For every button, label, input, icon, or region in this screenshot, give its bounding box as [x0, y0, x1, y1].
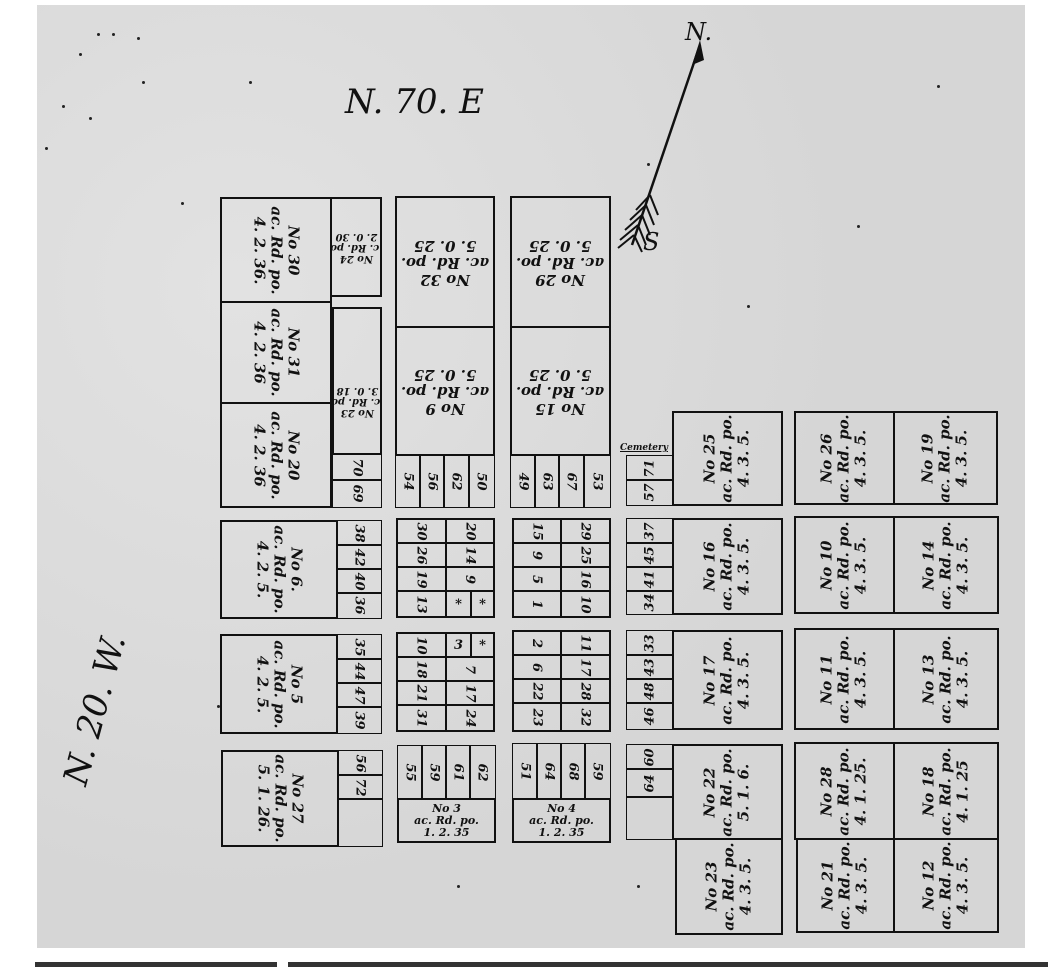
lot-13[interactable]: No 13ac. Rd. po.4. 3. 5. — [893, 628, 999, 730]
lot-20-small[interactable]: 20 — [445, 518, 495, 544]
bottom-bar-right — [288, 962, 1048, 967]
lot-64b[interactable]: 64 — [626, 768, 674, 798]
lot-16-small[interactable]: 16 — [560, 566, 611, 592]
lot-22[interactable]: No 22ac. Rd. po.5. 1. 6. — [672, 744, 783, 840]
lot-17-r3[interactable]: 17 — [445, 680, 495, 706]
lot-60[interactable]: 60 — [626, 744, 674, 770]
speck — [45, 147, 48, 150]
lot-57[interactable]: 57 — [626, 479, 674, 506]
lot-9b-small[interactable]: 9 — [512, 542, 562, 568]
lot-41[interactable]: 41 — [626, 566, 674, 592]
speck — [89, 117, 92, 120]
lot-10[interactable]: No 10ac. Rd. po.4. 3. 5. — [794, 516, 895, 614]
lot-38[interactable]: 38 — [336, 520, 382, 546]
lot-29[interactable]: No 29ac. Rd. po.5. 0. 25 — [510, 196, 611, 328]
lot-15-small[interactable]: 15 — [512, 518, 562, 544]
lot-46[interactable]: 46 — [626, 702, 674, 730]
lot-star-a[interactable]: * — [445, 590, 472, 618]
lot-35[interactable]: 35 — [336, 634, 382, 660]
lot-14-small[interactable]: 14 — [445, 542, 495, 568]
lot-empty-r4[interactable] — [337, 798, 383, 847]
lot-61[interactable]: 61 — [445, 745, 471, 800]
lot-3[interactable]: No 3ac. Rd. po.1. 2. 35 — [397, 798, 496, 843]
lot-30[interactable]: No 30ac. Rd. po.4. 2. 36. — [220, 197, 332, 303]
lot-53[interactable]: 53 — [583, 454, 611, 508]
lot-47[interactable]: 47 — [336, 682, 382, 708]
lot-55[interactable]: 55 — [397, 745, 423, 800]
lot-29-small[interactable]: 29 — [560, 518, 611, 544]
lot-26-small[interactable]: 26 — [396, 542, 447, 568]
lot-9[interactable]: No 9ac. Rd. po.5. 0. 25 — [395, 326, 495, 456]
lot-1-small[interactable]: 1 — [512, 590, 562, 618]
lot-23-r3[interactable]: 23 — [512, 702, 562, 732]
lot-59b[interactable]: 59 — [584, 743, 611, 800]
lot-31-r3[interactable]: 31 — [396, 704, 447, 732]
lot-17b-r3[interactable]: 17 — [560, 654, 611, 680]
lot-39[interactable]: 39 — [336, 706, 382, 734]
lot-64[interactable]: 64 — [536, 743, 562, 800]
lot-empty-e-r4[interactable] — [626, 796, 674, 840]
lot-43[interactable]: 43 — [626, 654, 674, 680]
lot-2-r3[interactable]: 2 — [512, 630, 562, 656]
lot-71[interactable]: 71 — [626, 455, 674, 481]
lot-10-small[interactable]: 10 — [560, 590, 611, 618]
lot-37[interactable]: 37 — [626, 518, 674, 544]
speck — [249, 81, 252, 84]
lot-3-r3[interactable]: 3 — [445, 632, 472, 658]
lot-24[interactable]: No 24ac. Rd. po.2. 0. 30 — [330, 197, 382, 297]
lot-27[interactable]: No 27ac. Rd. po.5. 1. 26. — [221, 750, 339, 847]
lot-21[interactable]: No 21ac. Rd. po.4. 3. 5. — [796, 838, 895, 933]
lot-30-small[interactable]: 30 — [396, 518, 447, 544]
lot-15[interactable]: No 15ac. Rd. po.5. 0. 25 — [510, 326, 611, 456]
lot-40[interactable]: 40 — [336, 568, 382, 594]
lot-36[interactable]: 36 — [336, 592, 382, 619]
lot-33[interactable]: 33 — [626, 630, 674, 656]
lot-12[interactable]: No 12ac. Rd. po.4. 3. 5. — [893, 838, 999, 933]
lot-22-r3[interactable]: 22 — [512, 678, 562, 704]
lot-28[interactable]: No 28ac. Rd. po.4. 1. 25. — [794, 742, 895, 840]
lot-24-r3[interactable]: 24 — [445, 704, 495, 732]
north-arrow-icon — [600, 20, 740, 270]
lot-32-r3[interactable]: 32 — [560, 702, 611, 732]
lot-10-r3[interactable]: 10 — [396, 632, 447, 658]
speck — [112, 33, 115, 36]
lot-31[interactable]: No 31ac. Rd. po.4. 2. 36 — [220, 301, 332, 404]
lot-18-r3[interactable]: 18 — [396, 656, 447, 682]
lot-14[interactable]: No 14ac. Rd. po.4. 3. 5. — [893, 516, 999, 614]
lot-11[interactable]: No 11ac. Rd. po.4. 3. 5. — [794, 628, 895, 730]
lot-72[interactable]: 72 — [337, 774, 383, 800]
speck — [62, 105, 65, 108]
speck — [79, 53, 82, 56]
lot-5-small[interactable]: 5 — [512, 566, 562, 592]
lot-48[interactable]: 48 — [626, 678, 674, 704]
speck — [181, 202, 184, 205]
lot-56[interactable]: 56 — [419, 454, 445, 508]
speck — [747, 305, 750, 308]
lot-28-r3[interactable]: 28 — [560, 678, 611, 704]
lot-7-r3[interactable]: 7 — [445, 656, 495, 682]
lot-21-r3[interactable]: 21 — [396, 680, 447, 706]
lot-5[interactable]: No 5ac. Rd. po.4. 2. 5. — [220, 634, 338, 734]
lot-16[interactable]: No 16ac. Rd. po.4. 3. 5. — [672, 518, 783, 615]
speck — [857, 225, 860, 228]
lot-32[interactable]: No 32ac. Rd. po.5. 0. 25 — [395, 196, 495, 328]
lot-42[interactable]: 42 — [336, 544, 382, 570]
lot-25-small[interactable]: 25 — [560, 542, 611, 568]
cemetery-label: Cemetery — [620, 443, 668, 453]
lot-56-r4[interactable]: 56 — [337, 750, 383, 776]
lot-11-r3[interactable]: 11 — [560, 630, 611, 656]
lot-6-r3[interactable]: 6 — [512, 654, 562, 680]
lot-45[interactable]: 45 — [626, 542, 674, 568]
lot-4[interactable]: No 4ac. Rd. po.1. 2. 35 — [512, 798, 611, 843]
speck — [637, 885, 640, 888]
lot-50[interactable]: 50 — [468, 454, 495, 508]
lot-19[interactable]: No 19ac. Rd. po.4. 3. 5. — [893, 411, 998, 505]
lot-star-b[interactable]: * — [470, 590, 495, 618]
lot-6[interactable]: No 6.ac. Rd. po.4. 2. 5. — [220, 520, 338, 619]
lot-70[interactable]: 70 — [332, 453, 382, 481]
lot-67[interactable]: 67 — [558, 454, 585, 508]
lot-13-small[interactable]: 13 — [396, 590, 447, 618]
lot-51[interactable]: 51 — [512, 743, 538, 800]
lot-17[interactable]: No 17ac. Rd. po.4. 3. 5. — [672, 630, 783, 730]
compass-south-label: S — [643, 228, 659, 256]
lot-18[interactable]: No 18ac. Rd. po.4. 1. 25 — [893, 742, 999, 840]
lot-68[interactable]: 68 — [560, 743, 586, 800]
bearing-title: N. 70. E — [345, 82, 484, 122]
lot-20[interactable]: No 20ac. Rd. po.4. 2. 36 — [220, 402, 332, 508]
lot-25[interactable]: No 25ac. Rd. po.4. 3. 5. — [672, 411, 783, 506]
lot-59[interactable]: 59 — [421, 745, 447, 800]
lot-54[interactable]: 54 — [395, 454, 421, 508]
speck — [937, 85, 940, 88]
lot-63[interactable]: 63 — [534, 454, 560, 508]
speck — [457, 885, 460, 888]
lot-9-small[interactable]: 9 — [445, 566, 495, 592]
lot-26[interactable]: No 26ac. Rd. po.4. 3. 5. — [794, 411, 895, 505]
lot-19-small[interactable]: 19 — [396, 566, 447, 592]
speck — [137, 37, 140, 40]
speck — [142, 81, 145, 84]
lot-23[interactable]: No 23ac. Rd. po.3. 0. 18 — [332, 307, 382, 455]
lot-star-c[interactable]: * — [470, 632, 495, 658]
speck — [97, 33, 100, 36]
lot-23b[interactable]: No 23ac. Rd. po.4. 3. 5. — [675, 838, 783, 935]
lot-62[interactable]: 62 — [443, 454, 470, 508]
lot-44[interactable]: 44 — [336, 658, 382, 684]
lot-49[interactable]: 49 — [510, 454, 536, 508]
lot-34[interactable]: 34 — [626, 590, 674, 615]
compass-north-label: N. — [685, 18, 712, 46]
bottom-bar-left — [35, 962, 277, 967]
lot-62b[interactable]: 62 — [469, 745, 496, 800]
lot-69[interactable]: 69 — [332, 479, 382, 508]
